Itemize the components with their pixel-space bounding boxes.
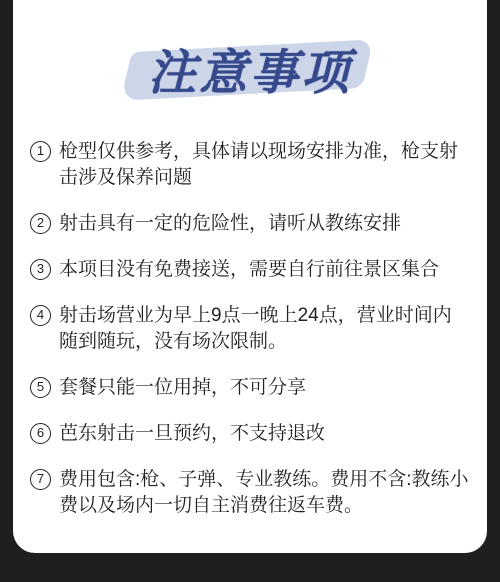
item-text: 套餐只能一位用掉，不可分享 <box>59 375 469 401</box>
list-item: 6 芭东射击一旦预约，不支持退改 <box>30 421 469 447</box>
item-text: 射击具有一定的危险性，请听从教练安排 <box>59 211 469 237</box>
item-number-badge: 7 <box>30 469 51 490</box>
item-text: 射击场营业为早上9点一晚上24点，营业时间内随到随玩，没有场次限制。 <box>59 303 469 355</box>
notice-screenshot: { "page": { "title": "注意事项", "colors": {… <box>0 0 500 582</box>
item-number-badge: 6 <box>30 423 51 444</box>
item-number-badge: 5 <box>30 377 51 398</box>
page-title-block: 注意事项 <box>142 34 358 103</box>
item-text: 枪型仅供参考，具体请以现场安排为准，枪支射击涉及保养问题 <box>59 139 469 191</box>
item-number-badge: 3 <box>30 259 51 280</box>
notice-card: 注意事项 1 枪型仅供参考，具体请以现场安排为准，枪支射击涉及保养问题 2 射击… <box>13 0 487 553</box>
notice-list: 1 枪型仅供参考，具体请以现场安排为准，枪支射击涉及保养问题 2 射击具有一定的… <box>30 139 469 519</box>
list-item: 2 射击具有一定的危险性，请听从教练安排 <box>30 211 469 237</box>
item-number-badge: 1 <box>30 141 51 162</box>
item-text: 费用包含:枪、子弹、专业教练。费用不含:教练小费以及场内一切自主消费往返车费。 <box>59 467 469 519</box>
item-number-badge: 4 <box>30 305 51 326</box>
item-number-badge: 2 <box>30 213 51 234</box>
list-item: 1 枪型仅供参考，具体请以现场安排为准，枪支射击涉及保养问题 <box>30 139 469 191</box>
list-item: 5 套餐只能一位用掉，不可分享 <box>30 375 469 401</box>
item-text: 本项目没有免费接送，需要自行前往景区集合 <box>59 257 469 283</box>
list-item: 7 费用包含:枪、子弹、专业教练。费用不含:教练小费以及场内一切自主消费往返车费… <box>30 467 469 519</box>
item-text: 芭东射击一旦预约，不支持退改 <box>59 421 469 447</box>
list-item: 3 本项目没有免费接送，需要自行前往景区集合 <box>30 257 469 283</box>
page-title: 注意事项 <box>148 34 352 103</box>
list-item: 4 射击场营业为早上9点一晚上24点，营业时间内随到随玩，没有场次限制。 <box>30 303 469 355</box>
